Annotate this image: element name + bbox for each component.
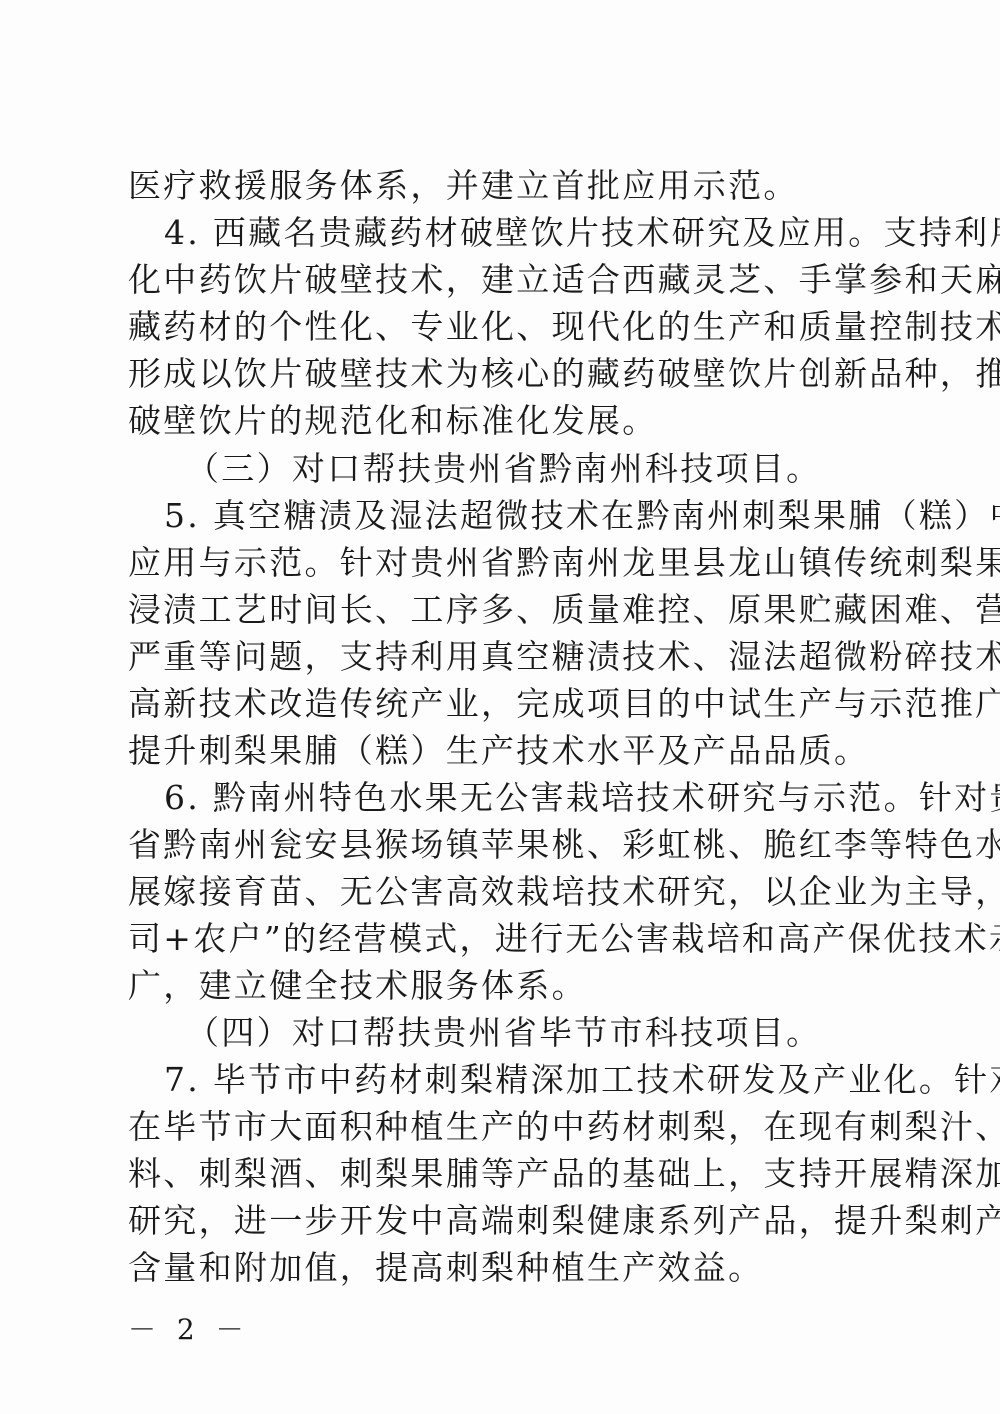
section-heading-4: （四）对口帮扶贵州省毕节市科技项目。 (186, 1013, 821, 1053)
text-line: 展嫁接育苗、无公害高效栽培技术研究，以企业为主导，采用“公 (128, 872, 874, 912)
text-line: 医疗救援服务体系，并建立首批应用示范。 (128, 166, 874, 206)
text-line: 在毕节市大面积种植生产的中药材刺梨，在现有刺梨汁、刺梨饮 (128, 1107, 874, 1147)
text-line: 藏药材的个性化、专业化、现代化的生产和质量控制技术规范， (128, 307, 874, 347)
text-line: 破壁饮片的规范化和标准化发展。 (128, 401, 874, 441)
item-4-title-line: 4. 西藏名贵藏药材破壁饮片技术研究及应用。支持利用现代 (164, 213, 874, 253)
item-6-title-line: 6. 黔南州特色水果无公害栽培技术研究与示范。针对贵州 (164, 778, 874, 818)
text-line: 研究，进一步开发中高端刺梨健康系列产品，提升梨刺产品科技 (128, 1201, 874, 1241)
text-line: 浸渍工艺时间长、工序多、质量难控、原果贮藏困难、营养损失 (128, 590, 874, 630)
section-heading-3: （三）对口帮扶贵州省黔南州科技项目。 (186, 449, 821, 489)
text-line: 高新技术改造传统产业，完成项目的中试生产与示范推广，整体 (128, 684, 874, 724)
text-line: 化中药饮片破壁技术，建立适合西藏灵芝、手掌参和天麻等名贵 (128, 260, 874, 300)
text-line: 省黔南州瓮安县猴场镇苹果桃、彩虹桃、脆红李等特色水果，开 (128, 825, 874, 865)
text-line: 提升刺梨果脯（糕）生产技术水平及产品品质。 (128, 731, 874, 771)
text-line: 严重等问题，支持利用真空糖渍技术、湿法超微粉碎技术等现代 (128, 637, 874, 677)
text-line: 广，建立健全技术服务体系。 (128, 966, 874, 1006)
text-line: 形成以饮片破壁技术为核心的藏药破壁饮片创新品种，推动藏药 (128, 354, 874, 394)
document-page: 医疗救援服务体系，并建立首批应用示范。 4. 西藏名贵藏药材破壁饮片技术研究及应… (0, 0, 1000, 1414)
text-line: 含量和附加值，提高刺梨种植生产效益。 (128, 1248, 874, 1288)
item-5-title-line: 5. 真空糖渍及湿法超微技术在黔南州刺梨果脯（糕）中的 (164, 496, 874, 536)
item-7-title-line: 7. 毕节市中药材刺梨精深加工技术研发及产业化。针对已 (164, 1060, 874, 1100)
text-line: 应用与示范。针对贵州省黔南州龙里县龙山镇传统刺梨果脯糖液 (128, 543, 874, 583)
page-number: － 2 － (128, 1312, 250, 1348)
text-line: 司+农户”的经营模式，进行无公害栽培和高产保优技术示范推 (128, 919, 874, 959)
text-line: 料、刺梨酒、刺梨果脯等产品的基础上，支持开展精深加工技术 (128, 1154, 874, 1194)
